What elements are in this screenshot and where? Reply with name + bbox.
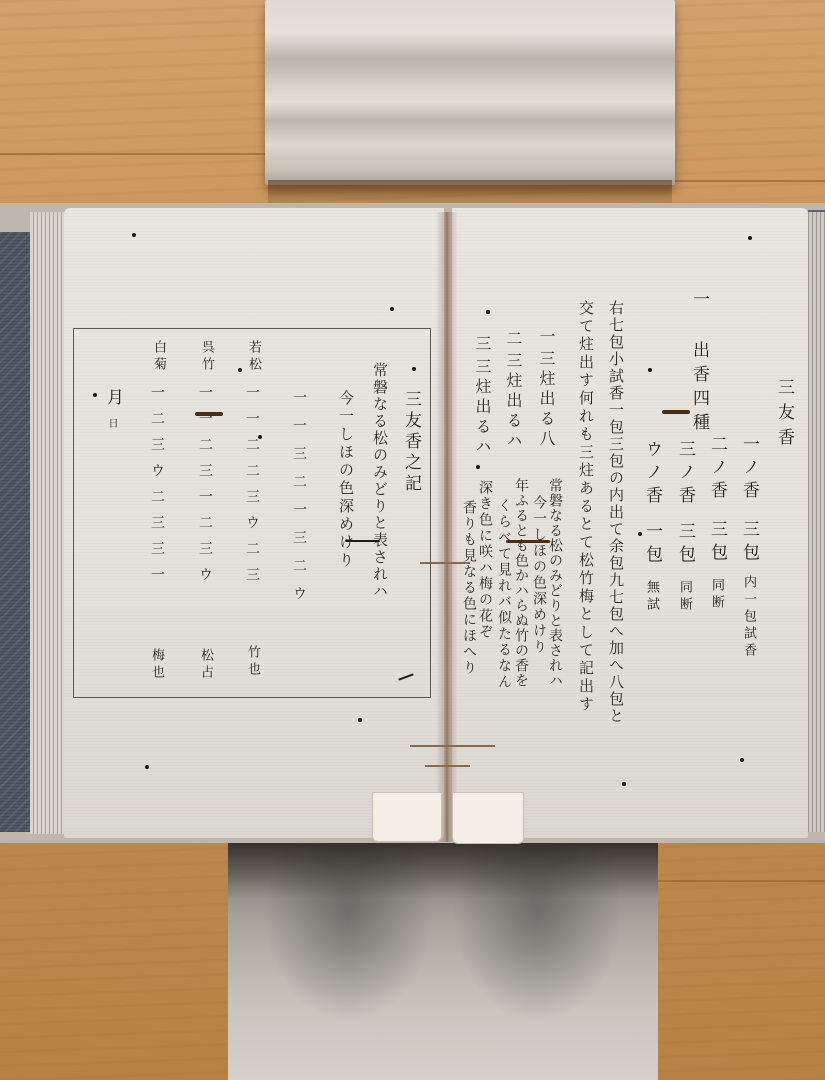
paper-tab-left — [372, 792, 442, 842]
ink-dot — [390, 307, 394, 311]
numbered-item-1: 一 — [538, 328, 554, 348]
right-column-4-middle: 一包 — [643, 522, 660, 568]
ink-dot — [622, 782, 626, 786]
floor-seam — [0, 153, 265, 155]
section-heading: 一 出香四種 — [690, 290, 707, 437]
page-stack-right — [805, 212, 825, 832]
numbered-item-2-text: 三炷出るハ — [505, 352, 521, 452]
top-crumpled-paper-sheet — [265, 0, 675, 185]
left-verse-line-2: 今一しほの色深めけり — [338, 390, 353, 570]
date-day-label: 日 — [106, 418, 116, 432]
numbered-item-1-text: 三炷出る八 — [538, 350, 554, 450]
verse-line-1: 常磐なる松のみどりと表されハ — [548, 478, 562, 688]
verse-line-6: 香りも見なる色にほへり — [462, 500, 476, 676]
table-row-label-kuretake: 呉竹 — [200, 340, 213, 374]
instruction-line-1: 右七包小試香一包三包の内出て余包九七包へ加へ八包と — [608, 300, 623, 725]
right-column-4-top: ウノ香 — [643, 440, 660, 509]
verse-line-5: 深き色に咲ハ梅の花ぞ — [478, 480, 492, 640]
right-column-3-bottom: 同断 — [678, 580, 691, 614]
ink-stroke — [662, 410, 690, 414]
left-verse-line-1: 常磐なる松のみどりと表されハ — [372, 362, 387, 600]
verse-line-2: 今一しほの色深めけり — [532, 495, 546, 655]
table-row-values: 一一二二三ウ二三 — [245, 385, 259, 593]
right-column-4-bottom: 無試 — [645, 580, 658, 614]
ink-dot — [748, 236, 752, 240]
verse-line-3: 年ふるとも色かハらぬ竹の香を — [514, 478, 528, 688]
ink-dot — [740, 758, 744, 762]
score-column-first: 一一三二一三二ウ — [292, 390, 306, 614]
table-row-values: 一一二三一二三ウ — [198, 385, 212, 593]
table-row-result: 松占 — [199, 648, 212, 682]
binding-tear — [410, 745, 495, 747]
right-page-title: 三友香 — [775, 378, 792, 453]
ink-dot — [258, 435, 262, 439]
right-column-2-middle: 三包 — [708, 520, 725, 566]
ink-dot — [486, 310, 490, 314]
table-row-label-wakamatsu: 若松 — [247, 340, 260, 374]
right-column-2-bottom: 同断 — [710, 578, 723, 612]
ink-dot — [412, 367, 416, 371]
table-row-values: 一二三ウ二三三一 — [150, 385, 164, 593]
book-shadow — [228, 838, 658, 898]
ink-dot — [638, 532, 642, 536]
verse-line-4: くらべて見れバ似たるなん — [497, 498, 511, 690]
right-column-3-top: 三ノ香 — [676, 440, 693, 509]
right-column-1-top: 一ノ香 — [740, 435, 757, 504]
ink-dot — [93, 393, 97, 397]
table-row-label-shiragiku: 白菊 — [152, 340, 165, 374]
ink-dot — [358, 718, 362, 722]
right-column-3-middle: 三包 — [676, 522, 693, 568]
floor-seam — [655, 880, 825, 882]
date-month-label: 月 — [104, 388, 121, 413]
floor-seam — [675, 180, 825, 182]
instruction-line-2: 交て炷出す何れも三炷あるとて松竹梅として記出す — [578, 300, 593, 714]
left-page-title: 三友香之記 — [402, 390, 419, 495]
numbered-item-3-text: 三炷出るハ — [474, 358, 490, 458]
numbered-item-3: 三 — [474, 335, 490, 355]
paper-tab-right — [452, 792, 524, 844]
numbered-item-2: 二 — [505, 330, 521, 350]
ink-dot — [648, 368, 652, 372]
table-row-result: 梅也 — [150, 648, 163, 682]
ink-dot — [476, 465, 480, 469]
right-column-1-middle: 三包 — [740, 520, 757, 566]
right-column-2-top: 二ノ香 — [708, 435, 725, 504]
book-gutter-binding — [436, 212, 458, 842]
table-row-result: 竹也 — [246, 645, 259, 679]
ink-dot — [238, 368, 242, 372]
binding-tear — [425, 765, 470, 767]
ink-dot — [132, 233, 136, 237]
ink-dot — [145, 765, 149, 769]
right-column-1-bottom: 内一包試香 — [742, 575, 755, 660]
